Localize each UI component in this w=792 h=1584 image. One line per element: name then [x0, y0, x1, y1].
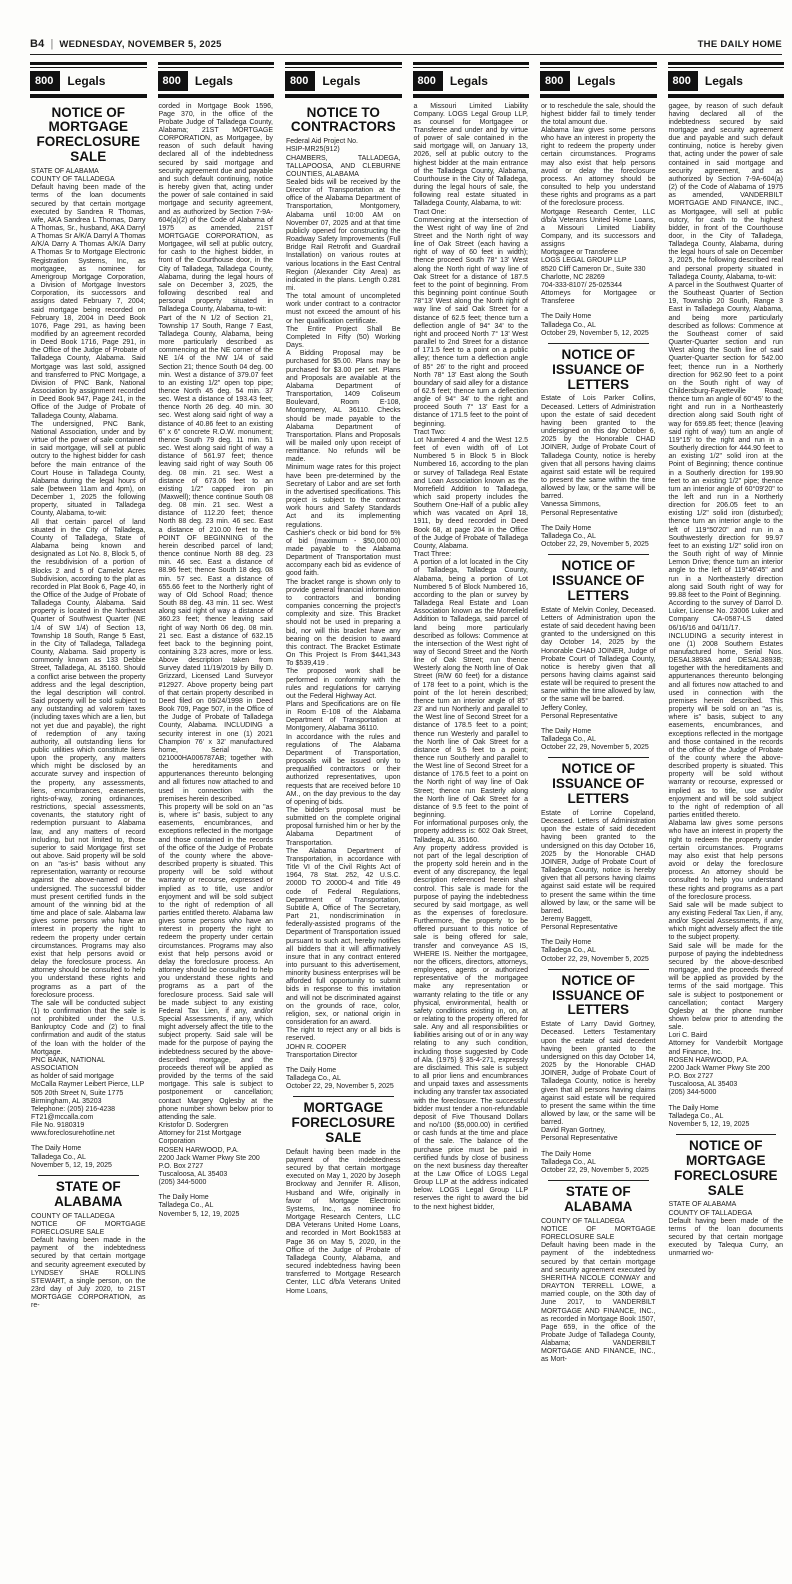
notice-text: INCLUDING a security interest in one (1)… — [669, 633, 784, 821]
category-header-row: 800Legals — [668, 67, 785, 98]
edition-date: WEDNESDAY, NOVEMBER 5, 2025 — [59, 39, 221, 50]
masthead: B4 | WEDNESDAY, NOVEMBER 5, 2025 THE DAI… — [30, 34, 782, 55]
notice-text: NOTICE OF MORTGAGE FORECLOSURE SALE — [31, 1221, 146, 1237]
notice-text: The total amount of uncompleted work und… — [286, 293, 401, 326]
notice-text: Birmingham, AL 35203 — [31, 1098, 146, 1106]
notice-text: Default having been made in the payment … — [286, 1149, 401, 1296]
notice-text: Default having been made of the terms of… — [669, 1218, 784, 1259]
spacer — [30, 1138, 147, 1145]
category-header: 800Legals — [158, 62, 275, 98]
spacer — [540, 1144, 657, 1151]
notice-text: CHAMBERS, TALLADEGA, TALLAPOOSA, AND CLE… — [286, 155, 401, 179]
notice-text: NOTICE OF MORTGAGE FORECLOSURE SALE — [541, 1226, 656, 1242]
notice-text: Transportation Director — [286, 1052, 401, 1060]
category-number: 800 — [158, 71, 188, 91]
notice-heading: NOTICE OF ISSUANCE OF LETTERS — [542, 559, 655, 604]
notice-text: PNC BANK, NATIONAL ASSOCIATION — [31, 1057, 146, 1073]
notice-text: gagee, by reason of such default having … — [669, 103, 784, 282]
notice-text: COUNTY OF TALLADEGA — [669, 1210, 784, 1218]
notice-text: Jeremy Baggett, — [541, 916, 656, 924]
newspaper-page: B4 | WEDNESDAY, NOVEMBER 5, 2025 THE DAI… — [0, 0, 792, 1584]
notice-text: (205) 344-5000 — [669, 1089, 784, 1097]
notice-text: 8520 Cliff Cameron Dr., Suite 330 — [541, 266, 656, 274]
category-label: Legals — [570, 71, 615, 91]
notice-text: October 22, 29, November 5, 2025 — [541, 956, 656, 964]
notice-text: David Ryan Gortney, — [541, 1127, 656, 1135]
category-number: 800 — [30, 71, 60, 91]
legals-column-6: 800Legalsgagee, by reason of such defaul… — [668, 62, 785, 1578]
legals-column-1: 800LegalsNOTICE OF MORTGAGE FORECLOSURE … — [30, 62, 147, 1578]
notice-text: HSIP-MR25(912) — [286, 146, 401, 154]
notice-text: Minimum wage rates for this project have… — [286, 464, 401, 529]
notice-text: 704-333-8107/ 25-025344 — [541, 282, 656, 290]
category-label: Legals — [315, 71, 360, 91]
notice-text: The Daily Home — [541, 728, 656, 736]
notice-text: Mortgagee or Transferee — [541, 249, 656, 257]
notice-text: October 22, 29, November 5, 2025 — [541, 541, 656, 549]
spacer — [668, 1098, 785, 1105]
notice-text: Tract Two: — [414, 429, 529, 437]
notice-text: October 22, 29, November 5, 2025 — [541, 1167, 656, 1175]
notice-text: November 5, 12, 19, 2025 — [669, 1121, 784, 1129]
notice-text: For informational purposes only, the pro… — [414, 820, 529, 844]
notice-text: STATE OF ALABAMA — [669, 1201, 784, 1209]
column-body: a Missouri Limited Liability Company. LO… — [413, 100, 530, 1212]
notice-text: Alabama law gives some persons who have … — [541, 127, 656, 209]
notice-text: P.O. Box 2727 — [669, 1073, 784, 1081]
masthead-left: B4 | WEDNESDAY, NOVEMBER 5, 2025 — [30, 38, 222, 50]
category-header-row: 800Legals — [413, 67, 530, 98]
notice-text: Talladega Co., AL — [541, 947, 656, 955]
notice-text: Attorneys for Mortgagee or Transferee — [541, 290, 656, 306]
notice-heading: STATE OF ALABAMA — [542, 1185, 655, 1215]
notice-text: According to the survey of Darrol D. Luk… — [669, 600, 784, 633]
notice-heading: NOTICE OF ISSUANCE OF LETTERS — [542, 762, 655, 807]
notice-text: A portion of a lot located in the City o… — [414, 559, 529, 820]
notice-text: Said sale will be made subject to any ex… — [669, 902, 784, 943]
legals-column-4: 800Legalsa Missouri Limited Liability Co… — [413, 62, 530, 1578]
notice-text: Telephone: (205) 216-4238 — [31, 1106, 146, 1114]
spacer — [285, 1060, 402, 1067]
notice-heading: NOTICE OF MORTGAGE FORECLOSURE SALE — [670, 1139, 783, 1198]
notice-text: Federal Aid Project No. — [286, 138, 401, 146]
legals-column-3: 800LegalsNOTICE TO CONTRACTORSFederal Ai… — [285, 62, 402, 1578]
notice-text: Talladega Co., AL — [541, 322, 656, 330]
notice-text: The Daily Home — [159, 1194, 274, 1202]
notice-text: Estate of Melvin Conley, Deceased. Lette… — [541, 607, 656, 705]
notice-text: FT21@mccalla.com — [31, 1114, 146, 1122]
notice-text: The sale will be conducted subject (1) t… — [31, 1000, 146, 1057]
legals-column-5: 800Legalsor to reschedule the sale, shou… — [540, 62, 657, 1578]
notice-heading: NOTICE TO CONTRACTORS — [287, 106, 400, 136]
notice-text: Tract Three: — [414, 551, 529, 559]
notice-text: Vanessa Simmons, — [541, 501, 656, 509]
notice-text: This property will be sold on an "as is,… — [159, 804, 274, 1122]
notice-text: McCalla Raymer Leibert Pierce, LLP — [31, 1081, 146, 1089]
category-label: Legals — [60, 71, 105, 91]
category-header-row: 800Legals — [540, 67, 657, 98]
spacer — [540, 518, 657, 525]
notice-text: The Daily Home — [541, 939, 656, 947]
notice-text: or to reschedule the sale, should the hi… — [541, 103, 656, 127]
notice-text: COUNTY OF TALLADEGA — [541, 1218, 656, 1226]
notice-text: Charlotte, NC 28269 — [541, 274, 656, 282]
notice-text: Talladega Co., AL — [286, 1075, 401, 1083]
notice-text: Default having been made of the terms of… — [31, 184, 146, 421]
category-number: 800 — [668, 71, 698, 91]
notice-text: The Daily Home — [31, 1145, 146, 1153]
notice-text: JOHN R. COOPER — [286, 1044, 401, 1052]
notice-text: Tuscaloosa, AL 35403 — [669, 1081, 784, 1089]
notice-text: Personal Representative — [541, 713, 656, 721]
notice-text: October 22, 29, November 5, 2025 — [286, 1083, 401, 1091]
notice-text: corded in Mortgage Book 1596, Page 370, … — [159, 103, 274, 315]
notice-text: Default having been made in the payment … — [541, 1242, 656, 1364]
category-header-row: 800Legals — [158, 67, 275, 98]
category-label: Legals — [188, 71, 233, 91]
notice-text: Estate of Lorrine Copeland, Deceased. Le… — [541, 810, 656, 916]
notice-text: Part of the N 1/2 of Section 21, Townshi… — [159, 315, 274, 804]
masthead-divider: | — [50, 38, 53, 50]
notice-text: October 29, November 5, 12, 2025 — [541, 330, 656, 338]
notice-text: Jeffery Conley, — [541, 705, 656, 713]
notice-text: Said sale will be made for the purpose o… — [669, 943, 784, 1033]
notice-text: November 5, 12, 19, 2025 — [31, 1162, 146, 1170]
notice-text: The Entire Project Shall Be Completed In… — [286, 326, 401, 350]
notice-text: Personal Representative — [541, 1135, 656, 1143]
notice-text: The Daily Home — [541, 525, 656, 533]
notice-text: The right to reject any or all bids is r… — [286, 1027, 401, 1043]
notice-text: October 22, 29, November 5, 2025 — [541, 744, 656, 752]
notice-text: The Daily Home — [669, 1105, 784, 1113]
notice-text: Alabama law gives some persons who have … — [669, 820, 784, 902]
notice-text: Talladega Co., AL — [541, 533, 656, 541]
legals-columns-container: 800LegalsNOTICE OF MORTGAGE FORECLOSURE … — [30, 62, 784, 1578]
notice-text: LOGS LEGAL GROUP LLP — [541, 257, 656, 265]
category-header-row: 800Legals — [30, 67, 147, 98]
notice-text: ROSEN HARWOOD, P.A. — [159, 1147, 274, 1155]
notice-separator — [38, 1175, 139, 1176]
notice-text: Talladega Co., AL — [541, 736, 656, 744]
notice-text: All that certain parcel of land situated… — [31, 519, 146, 1000]
notice-text: The bracket range is shown only to provi… — [286, 579, 401, 669]
notice-separator — [548, 343, 649, 344]
notice-heading: NOTICE OF ISSUANCE OF LETTERS — [542, 974, 655, 1019]
notice-separator — [548, 1180, 649, 1181]
notice-text: Mortgage Research Center, LLC d/b/a Vete… — [541, 209, 656, 250]
notice-text: Kristofor D. Sodergren — [159, 1122, 274, 1130]
notice-text: November 5, 12, 19, 2025 — [159, 1211, 274, 1219]
notice-separator — [676, 1134, 777, 1135]
notice-text: Attorney for Vanderbilt Mortgage and Fin… — [669, 1040, 784, 1056]
notice-text: File No. 9180319 — [31, 1122, 146, 1130]
category-label: Legals — [443, 71, 488, 91]
category-header: 800Legals — [30, 62, 147, 98]
category-number: 800 — [413, 71, 443, 91]
notice-heading: NOTICE OF ISSUANCE OF LETTERS — [542, 348, 655, 393]
notice-text: The undersigned, PNC Bank, National Asso… — [31, 421, 146, 519]
notice-text: The Daily Home — [541, 1151, 656, 1159]
spacer — [540, 306, 657, 313]
column-body: NOTICE OF MORTGAGE FORECLOSURE SALESTATE… — [30, 100, 147, 1311]
notice-text: a Missouri Limited Liability Company. LO… — [414, 103, 529, 209]
column-body: or to reschedule the sale, should the hi… — [540, 100, 657, 1365]
notice-separator — [548, 757, 649, 758]
notice-text: COUNTY OF TALLADEGA — [31, 1213, 146, 1221]
notice-separator — [548, 554, 649, 555]
notice-heading: NOTICE OF MORTGAGE FORECLOSURE SALE — [32, 106, 145, 165]
notice-text: Estate of Lois Parker Collins, Deceased.… — [541, 395, 656, 501]
category-number: 800 — [285, 71, 315, 91]
notice-text: Estate of Larry David Gortney, Deceased.… — [541, 1021, 656, 1127]
notice-text: Sealed bids will be received by the Dire… — [286, 179, 401, 293]
notice-text: ROSEN HARWOOD, P.A. — [669, 1057, 784, 1065]
spacer — [540, 721, 657, 728]
category-header: 800Legals — [668, 62, 785, 98]
spacer — [158, 1187, 275, 1194]
category-number: 800 — [540, 71, 570, 91]
notice-text: as holder of said mortgage — [31, 1073, 146, 1081]
notice-text: The bidder's proposal must be submitted … — [286, 807, 401, 848]
notice-text: The Alabama Department of Transportation… — [286, 848, 401, 1027]
notice-text: Tuscaloosa, AL 35403 — [159, 1171, 274, 1179]
notice-text: A Bidding Proposal may be purchased for … — [286, 350, 401, 464]
notice-text: 505 20th Street N, Suite 1775 — [31, 1090, 146, 1098]
notice-text: Cashier's check or bid bond for 5% of bi… — [286, 530, 401, 579]
notice-text: A parcel in the Southwest Quarter of the… — [669, 282, 784, 600]
publication-name: THE DAILY HOME — [698, 39, 782, 50]
notice-text: Talladega Co., AL — [31, 1154, 146, 1162]
notice-text: Personal Representative — [541, 924, 656, 932]
notice-text: Talladega Co., AL — [541, 1159, 656, 1167]
page-number-label: B4 — [30, 38, 44, 50]
notice-text: Talladega Co., AL — [669, 1113, 784, 1121]
notice-text: STATE OF ALABAMA — [31, 168, 146, 176]
notice-text: 2200 Jack Warner Pkwy Ste 200 — [159, 1155, 274, 1163]
notice-text: Plans and Specifications are on file in … — [286, 701, 401, 734]
notice-text: Attorney for 21st Mortgage Corporation — [159, 1130, 274, 1146]
notice-text: 2200 Jack Warner Pkwy Ste 200 — [669, 1065, 784, 1073]
column-body: NOTICE TO CONTRACTORSFederal Aid Project… — [285, 100, 402, 1296]
notice-text: Commencing at the intersection of the We… — [414, 217, 529, 429]
notice-text: Tract One: — [414, 209, 529, 217]
column-body: corded in Mortgage Book 1596, Page 370, … — [158, 100, 275, 1219]
notice-text: www.foreclosurehotline.net — [31, 1130, 146, 1138]
category-header: 800Legals — [285, 62, 402, 98]
notice-text: Lori C. Baird — [669, 1032, 784, 1040]
notice-text: Personal Representative — [541, 510, 656, 518]
category-header: 800Legals — [540, 62, 657, 98]
notice-text: P.O. Box 2727 — [159, 1163, 274, 1171]
notice-text: Any property address provided is not par… — [414, 845, 529, 1212]
notice-heading: MORTGAGE FORECLOSURE SALE — [287, 1101, 400, 1146]
notice-separator — [293, 1096, 394, 1097]
notice-text: Default having been made in the payment … — [31, 1237, 146, 1310]
notice-text: (205) 344-5000 — [159, 1179, 274, 1187]
notice-text: Talladega Co., AL — [159, 1202, 274, 1210]
notice-text: The Daily Home — [286, 1067, 401, 1075]
spacer — [540, 932, 657, 939]
notice-text: Lot Numbered 4 and the West 12.5 feet of… — [414, 437, 529, 551]
notice-text: The proposed work shall be performed in … — [286, 668, 401, 701]
column-body: gagee, by reason of such default having … — [668, 100, 785, 1259]
category-header-row: 800Legals — [285, 67, 402, 98]
legals-column-2: 800Legalscorded in Mortgage Book 1596, P… — [158, 62, 275, 1578]
notice-text: COUNTY OF TALLADEGA — [31, 176, 146, 184]
notice-heading: STATE OF ALABAMA — [32, 1180, 145, 1210]
notice-separator — [548, 969, 649, 970]
notice-text: In accordance with the rules and regulat… — [286, 734, 401, 807]
category-header: 800Legals — [413, 62, 530, 98]
notice-text: The Daily Home — [541, 313, 656, 321]
category-label: Legals — [698, 71, 743, 91]
